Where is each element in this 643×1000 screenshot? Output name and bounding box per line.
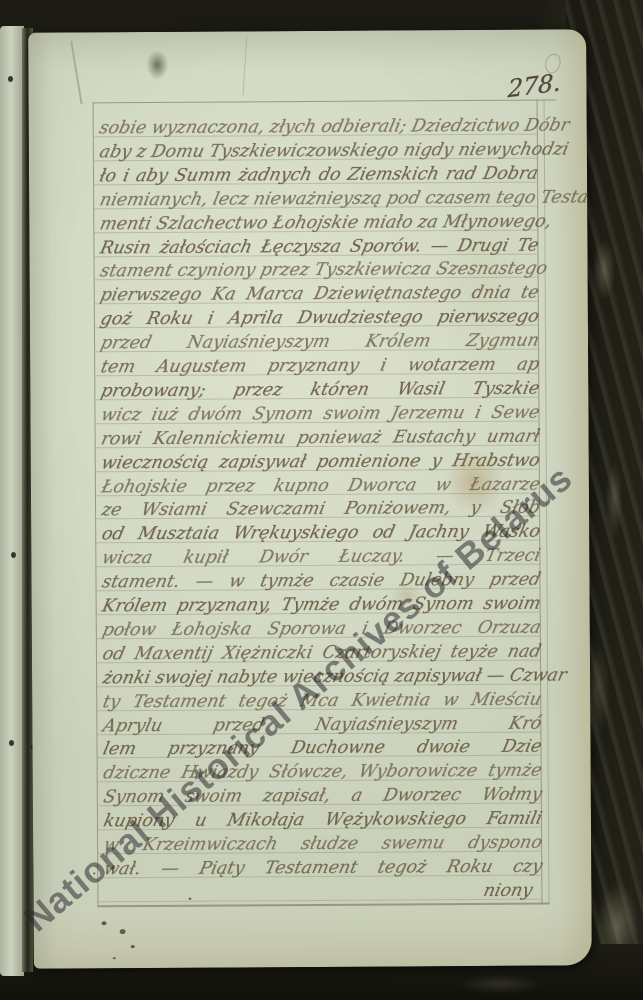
ink-speck — [102, 921, 107, 925]
ink-smudge-top — [146, 50, 168, 80]
ink-speck — [120, 929, 126, 934]
paper-crease — [70, 41, 82, 104]
archival-photo: sobie wyznaczona, złych odbierali; Dzied… — [0, 0, 643, 1000]
handwritten-line: lem przyznany Duchowne dwoie Dzie — [101, 735, 544, 762]
handwritten-line: ło i aby Summ żadnych do Ziemskich rad D… — [97, 161, 540, 188]
handwritten-line: pierwszego Ka Marca Dziewiętnastego dnia… — [98, 281, 541, 308]
handwritten-line: tem Augustem przyznany i wotarzem ap — [98, 353, 541, 380]
handwritten-line: przed Nayiaśnieyszym Królem Zygmun — [98, 329, 541, 356]
stitch-hole — [8, 76, 13, 82]
ruling-lines — [28, 29, 586, 32]
ink-speck — [113, 957, 116, 959]
handwritten-line: połow Łohojska Sporowa i Dworzec Orzuza — [100, 615, 543, 642]
stitch-hole — [9, 740, 14, 746]
stitch-hole — [11, 552, 16, 558]
handwritten-line: probowany; przez któren Wasil Tyszkie — [98, 376, 541, 403]
paper-crease-faint — [243, 37, 248, 95]
frame-rule-left — [93, 102, 99, 906]
ink-speck — [131, 945, 135, 948]
ink-specks — [28, 29, 586, 32]
rust-stain — [445, 450, 503, 514]
handwritten-line: Rusin żałościach Łęczysza Sporów. — Drug… — [98, 233, 541, 260]
handwritten-line: wał. — Piąty Testament tegoż Roku czy — [101, 854, 544, 881]
handwritten-line: aby z Domu Tyszkiewiczowskiego nigdy nie… — [97, 137, 540, 164]
handwritten-line: goż Roku i Aprila Dwudziestego pierwszeg… — [98, 305, 541, 332]
frame-rule-top — [93, 99, 556, 103]
handwritten-line: menti Szlachectwo Łohojskie miało za Mły… — [97, 209, 540, 236]
handwritten-text-block: sobie wyznaczona, złych odbierali; Dzied… — [28, 29, 586, 32]
handwritten-line: wicz iuż dwóm Synom swoim Jerzemu i Sewe — [99, 400, 542, 427]
handwritten-line: niony — [101, 878, 544, 905]
handwritten-line: stament czyniony przez Tyszkiewicza Szes… — [98, 257, 541, 284]
handwritten-line: niemianych, lecz nieważnieyszą pod czase… — [97, 185, 540, 212]
handwritten-line: Królem przyznany, Tymże dwóm Synom swoim — [100, 592, 543, 619]
handwritten-line: sobie wyznaczona, złych odbierali; Dzied… — [97, 114, 540, 141]
handwritten-line: rowi Kalennickiemu ponieważ Eustachy uma… — [99, 424, 542, 451]
adjacent-page-edge — [0, 26, 24, 976]
handwritten-line: Aprylu przed Nayiaśnieyszym Kró — [100, 711, 543, 738]
